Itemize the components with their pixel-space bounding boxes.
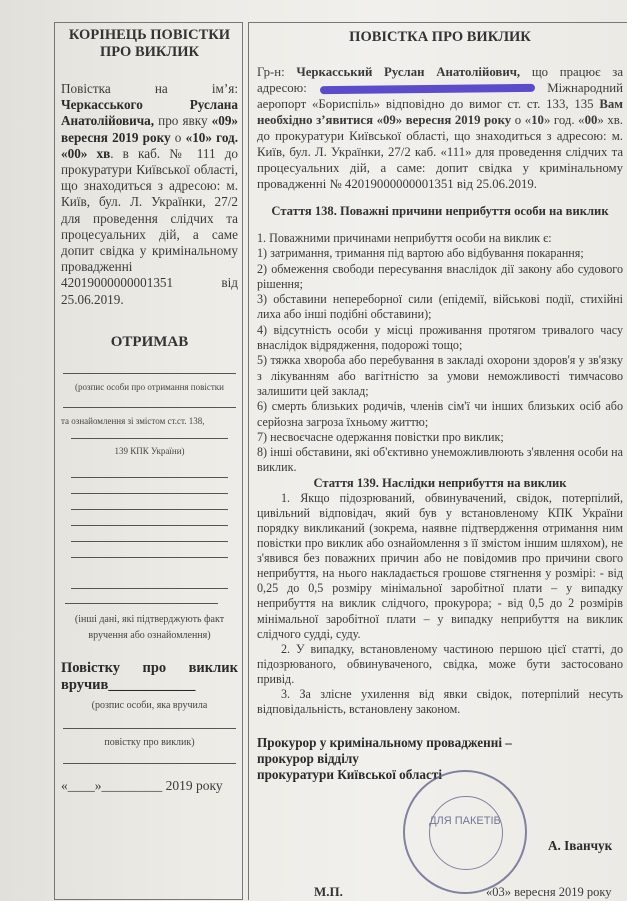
summons-stub: КОРІНЕЦЬ ПОВІСТКИ ПРО ВИКЛИК Повістка на… — [54, 22, 243, 900]
signature-caption-2: та ознайомлення зі змістом ст.ст. 138, — [61, 415, 238, 427]
article-138-list: 1. Поважними причинами неприбуття особи … — [257, 231, 623, 476]
article-138-item: 1. Поважними причинами неприбуття особи … — [257, 231, 623, 246]
article-138-item: 4) відсутність особи у місці проживання … — [257, 323, 623, 354]
signature-line-1: Прокурор у кримінальному провадженні – — [257, 735, 623, 751]
stub-body: Повістка на ім’я: Черкасського Руслана А… — [61, 81, 238, 308]
blank-line — [71, 493, 228, 494]
stamp-text: ДЛЯ ПАКЕТІВ — [405, 814, 525, 828]
stub-minute: «00» хв — [61, 146, 110, 161]
stub-title-line-2: ПРО ВИКЛИК — [61, 44, 238, 61]
article-138-item: 5) тяжка хвороба або перебування в закла… — [257, 353, 623, 399]
signature-caption-3: 139 КПК України) — [61, 445, 238, 457]
stub-o: о — [171, 130, 186, 145]
stub-hour: «10» год. — [186, 130, 238, 145]
citizen-name: Черкасський Руслан Анатолійович, — [296, 65, 520, 79]
signature-line — [63, 373, 236, 374]
signature-caption-1: (розпис особи про отримання повістки — [61, 381, 238, 393]
received-heading: ОТРИМАВ — [61, 334, 238, 351]
article-139-paragraph: 3. За злісне ухилення від явки свідок, п… — [257, 687, 623, 717]
signature-line — [71, 438, 228, 439]
stamp-inner-ring — [429, 796, 503, 870]
handed-label-text: Повістку про виклик вручив — [61, 660, 238, 693]
citizen-prefix: Гр-н: — [257, 65, 296, 79]
redacted-address — [319, 84, 534, 94]
signature-line — [63, 728, 236, 729]
blank-line — [71, 588, 228, 589]
article-138-item: 1) затримання, тримання під вартою або в… — [257, 246, 623, 261]
seal-place-label: М.П. — [314, 884, 343, 900]
appearance-minute: 00 — [585, 113, 598, 127]
blank-line — [71, 557, 228, 558]
time-mid: » год. « — [544, 113, 585, 127]
blank-line — [65, 603, 218, 604]
time-prefix: о « — [511, 113, 531, 127]
handed-caption-1: (розпис особи, яка вручила — [61, 700, 238, 712]
signature-line-2: прокурор відділу — [257, 751, 623, 767]
appearance-hour: 10 — [531, 113, 544, 127]
blank-line — [71, 477, 228, 478]
signature-line — [63, 763, 236, 764]
stub-intro: Повістка на ім’я: — [61, 81, 238, 96]
article-138-item: 6) смерть близьких родичів, членів сім'ї… — [257, 399, 623, 430]
summons-title: ПОВІСТКА ПРО ВИКЛИК — [257, 29, 623, 46]
issue-date: «03» вересня 2019 року — [486, 885, 612, 900]
summons-body: Гр-н: Черкасський Руслан Анатолійович, щ… — [257, 64, 623, 192]
stub-rest: . в каб. № 111 до прокуратури Київської … — [61, 146, 238, 307]
article-138-item: 3) обставини непереборної сили (епідемії… — [257, 292, 623, 323]
stub-purpose: про явку — [154, 113, 212, 128]
article-139-body: 1. Якщо підозрюваний, обвинувачений, сві… — [257, 491, 623, 717]
article-138-item: 2) обмеження свободи пересування внаслід… — [257, 262, 623, 293]
other-data-caption-2: вручення або ознайомлення) — [61, 628, 238, 644]
blank-line — [71, 541, 228, 542]
summons-main: ПОВІСТКА ПРО ВИКЛИК Гр-н: Черкасський Ру… — [248, 22, 627, 900]
stub-title: КОРІНЕЦЬ ПОВІСТКИ ПРО ВИКЛИК — [61, 27, 238, 61]
signer-name: А. Іванчук — [548, 838, 612, 854]
date-field: «____»_________ 2019 року — [61, 778, 238, 794]
handed-caption-2: повістку про виклик) — [61, 737, 238, 749]
other-data-caption-1: (інші дані, які підтверджують факт — [61, 612, 238, 628]
handed-label: Повістку про виклик вручив____________ — [61, 660, 238, 694]
article-139-paragraph: 1. Якщо підозрюваний, обвинувачений, сві… — [257, 491, 623, 642]
article-138-item: 7) несвоєчасне одержання повістки про ви… — [257, 430, 623, 445]
signature-line — [63, 407, 236, 408]
article-138-title: Стаття 138. Поважні причини неприбуття о… — [257, 204, 623, 219]
article-138-item: 8) інші обставини, які об'єктивно унемож… — [257, 445, 623, 476]
official-stamp: ДЛЯ ПАКЕТІВ — [403, 770, 527, 894]
blank-line — [71, 509, 228, 510]
article-139-paragraph: 2. У випадку, встановленому частиною пер… — [257, 642, 623, 687]
document-page: КОРІНЕЦЬ ПОВІСТКИ ПРО ВИКЛИК Повістка на… — [0, 0, 627, 901]
stub-title-line-1: КОРІНЕЦЬ ПОВІСТКИ — [61, 27, 238, 44]
article-139-title: Стаття 139. Наслідки неприбуття на викли… — [257, 476, 623, 491]
blank-line — [71, 525, 228, 526]
